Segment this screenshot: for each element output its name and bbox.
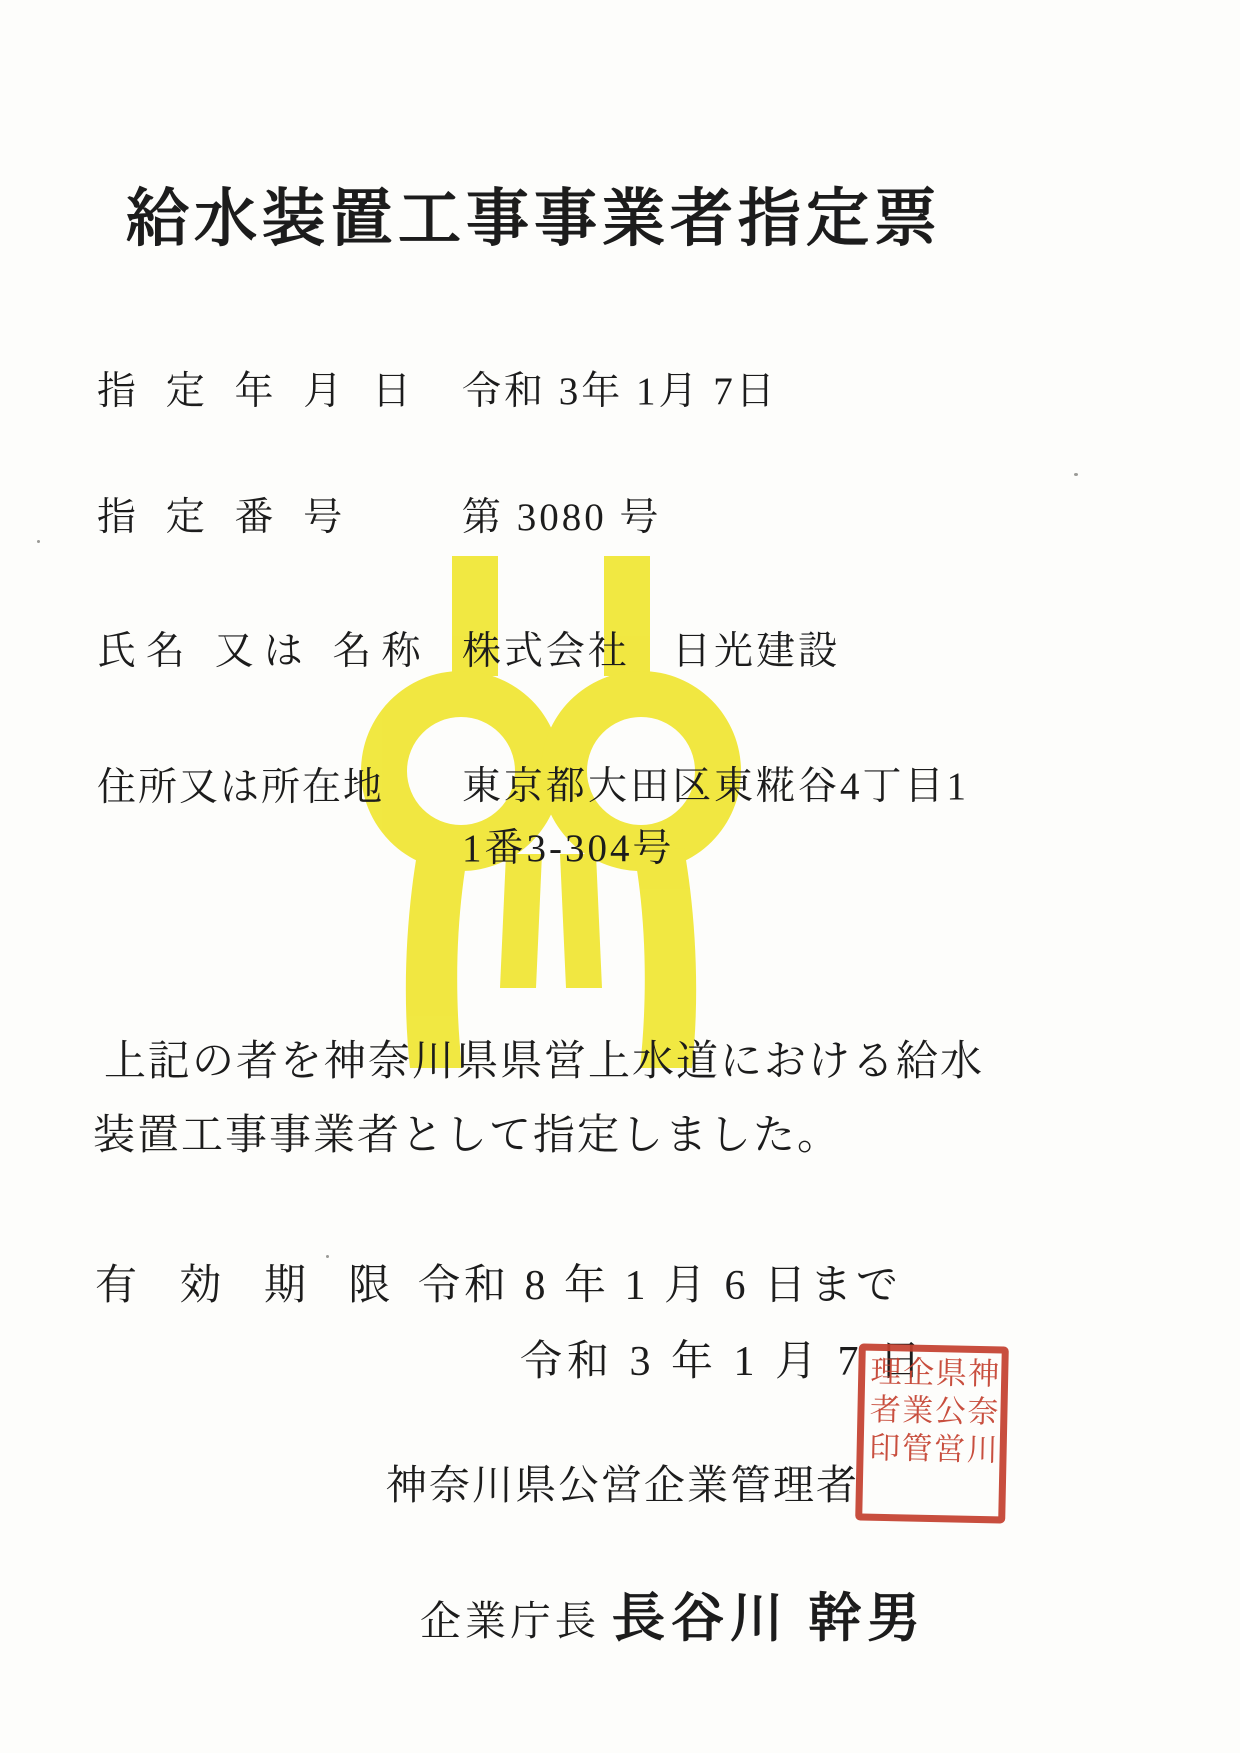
issuer-title: 企業庁長	[420, 1588, 600, 1647]
scan-speck	[37, 540, 40, 543]
address-line-2: 1番3-304号	[462, 818, 969, 880]
field-label-address: 住所又は所在地	[97, 756, 384, 812]
scan-speck	[1074, 473, 1078, 476]
field-label-designation-date: 指 定 年 月 日	[97, 360, 421, 416]
field-value-company-name: 株式会社 日光建設	[462, 620, 840, 676]
statement-line-2: 装置工事事業者として指定しました。	[93, 1102, 841, 1162]
field-value-address: 東京都大田区東糀谷4丁目1 1番3-304号	[462, 756, 969, 881]
statement-line-1: 上記の者を神奈川県県営上水道における給水	[60, 1028, 984, 1088]
field-value-designation-number: 第 3080 号	[462, 486, 662, 542]
field-label-designation-number: 指 定 番 号	[97, 486, 352, 542]
seal-column-2: 県公営	[928, 1356, 964, 1512]
seal-column-4: 理者印	[863, 1355, 899, 1511]
seal-column-3: 企業管	[896, 1355, 932, 1511]
certificate-page: 給水装置工事事業者指定票 指 定 年 月 日 令和 3年 1月 7日 指 定 番…	[0, 0, 1240, 1753]
official-seal: 神奈川 県公営 企業管 理者印	[855, 1343, 1009, 1523]
issuer-name: 長谷川 幹男	[612, 1576, 926, 1652]
field-value-validity: 令和 8 年 1 月 6 日まで	[418, 1252, 902, 1312]
seal-column-1: 神奈川	[961, 1357, 997, 1513]
certificate-title: 給水装置工事事業者指定票	[126, 168, 942, 259]
address-line-1: 東京都大田区東糀谷4丁目1	[462, 756, 969, 818]
field-value-designation-date: 令和 3年 1月 7日	[462, 360, 778, 416]
field-label-company-name: 氏名 又は 名称	[97, 620, 431, 676]
field-label-validity: 有 効 期 限	[95, 1252, 407, 1312]
issuer-organization: 神奈川県公営企業管理者	[386, 1452, 859, 1511]
